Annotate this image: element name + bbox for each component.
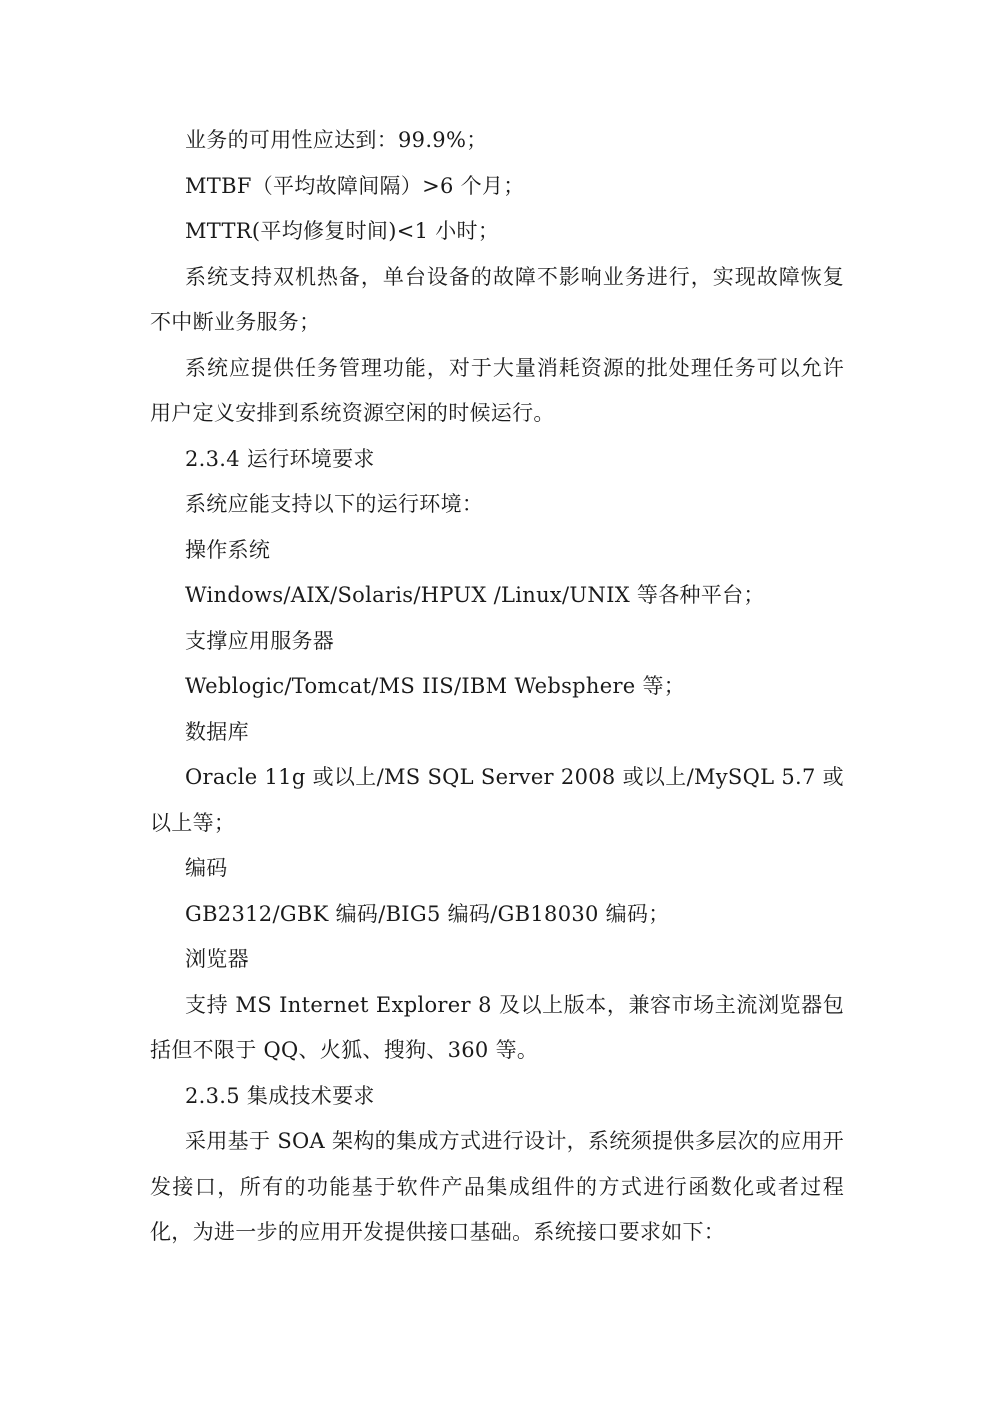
encoding-value: GB2312/GBK 编码/BIG5 编码/GB18030 编码； xyxy=(150,892,844,938)
integration-paragraph: 采用基于 SOA 架构的集成方式进行设计，系统须提供多层次的应用开发接口，所有的… xyxy=(150,1119,844,1256)
database-label: 数据库 xyxy=(150,710,844,756)
database-value: Oracle 11g 或以上/MS SQL Server 2008 或以上/My… xyxy=(150,755,844,846)
browser-value: 支持 MS Internet Explorer 8 及以上版本，兼容市场主流浏览… xyxy=(150,983,844,1074)
section-heading-2-3-4: 2.3.4 运行环境要求 xyxy=(150,437,844,483)
task-management-paragraph: 系统应提供任务管理功能，对于大量消耗资源的批处理任务可以允许用户定义安排到系统资… xyxy=(150,346,844,437)
availability-requirement: 业务的可用性应达到：99.9%； xyxy=(150,118,844,164)
mttr-requirement: MTTR(平均修复时间)<1 小时； xyxy=(150,209,844,255)
appserver-label: 支撑应用服务器 xyxy=(150,619,844,665)
section-heading-2-3-5: 2.3.5 集成技术要求 xyxy=(150,1074,844,1120)
mtbf-requirement: MTBF（平均故障间隔）>6 个月； xyxy=(150,164,844,210)
appserver-value: Weblogic/Tomcat/MS IIS/IBM Websphere 等； xyxy=(150,664,844,710)
os-label: 操作系统 xyxy=(150,528,844,574)
encoding-label: 编码 xyxy=(150,846,844,892)
hot-standby-paragraph: 系统支持双机热备，单台设备的故障不影响业务进行，实现故障恢复不中断业务服务； xyxy=(150,255,844,346)
document-page: 业务的可用性应达到：99.9%； MTBF（平均故障间隔）>6 个月； MTTR… xyxy=(150,118,844,1256)
os-value: Windows/AIX/Solaris/HPUX /Linux/UNIX 等各种… xyxy=(150,573,844,619)
environment-intro: 系统应能支持以下的运行环境： xyxy=(150,482,844,528)
browser-label: 浏览器 xyxy=(150,937,844,983)
